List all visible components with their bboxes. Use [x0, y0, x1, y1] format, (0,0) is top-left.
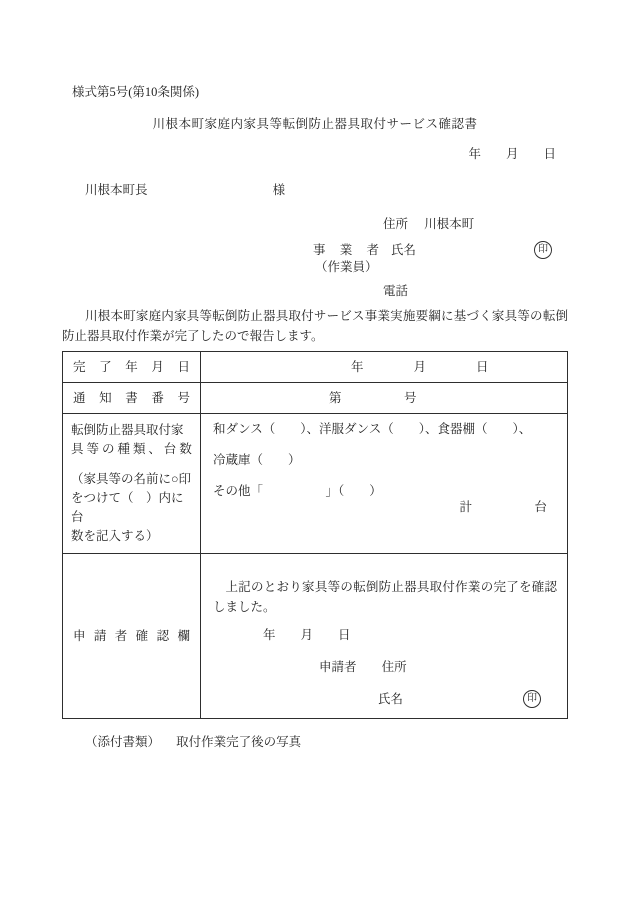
attachment-note-label: （添付書類） [85, 735, 160, 749]
contractor-name-label: 氏名 [391, 241, 416, 259]
completion-date-label: 完了年月日 [63, 357, 200, 377]
contractor-block: 住所 川根本町 事業者 氏名 印 （作業員） 電話 [62, 214, 568, 301]
confirmation-applicant-label: 申請者 [319, 660, 357, 674]
furniture-note-line3: 数を記入する） [71, 527, 192, 546]
applicant-confirmation-body-cell: 上記のとおり家具等の転倒防止器具取付作業の完了を確認しました。 年 月 日 申請… [201, 554, 568, 719]
furniture-label-cell: 転倒防止器具取付家 具等の種類、台数 （家具等の名前に○印 をつけて（ ）内に台… [63, 414, 201, 554]
completion-date-label-cell: 完了年月日 [63, 352, 201, 383]
document-title: 川根本町家庭内家具等転倒防止器具取付サービス確認書 [62, 114, 568, 134]
notice-number-label-cell: 通知書番号 [63, 383, 201, 414]
furniture-label-line1: 転倒防止器具取付家 [71, 421, 192, 440]
attachment-note-value: 取付作業完了後の写真 [176, 735, 301, 749]
contractor-role-label: 事業者 [313, 241, 379, 259]
document-page: 様式第5号(第10条関係) 川根本町家庭内家具等転倒防止器具取付サービス確認書 … [0, 0, 630, 915]
form-number: 様式第5号(第10条関係) [72, 82, 568, 102]
furniture-items-line2: 冷蔵庫（ ） [213, 451, 559, 470]
addressee-honorific: 様 [273, 183, 286, 197]
confirmation-address-label: 住所 [382, 660, 407, 674]
date-line: 年 月 日 [62, 144, 568, 164]
contractor-name-row: 事業者 氏名 印 [313, 241, 568, 259]
furniture-label-line2: 具等の種類、台数 [71, 440, 192, 459]
furniture-note-line2: をつけて（ ）内に台 [71, 489, 192, 527]
confirmation-statement: 上記のとおり家具等の転倒防止器具取付作業の完了を確認しました。 [213, 577, 557, 617]
completion-date-value-cell: 年 月 日 [201, 352, 568, 383]
applicant-confirmation-row: 申請者確認欄 上記のとおり家具等の転倒防止器具取付作業の完了を確認しました。 年… [63, 554, 568, 719]
contractor-address-label: 住所 [383, 217, 408, 231]
furniture-note-line1: （家具等の名前に○印 [71, 470, 192, 489]
attachment-note-line: （添付書類） 取付作業完了後の写真 [85, 732, 568, 752]
contractor-address-row: 住所 川根本町 [383, 214, 568, 234]
confirmation-name-label: 氏名 [378, 689, 403, 709]
confirmation-date-line: 年 月 日 [263, 625, 557, 645]
applicant-confirmation-label: 申請者確認欄 [63, 626, 200, 646]
applicant-seal-icon: 印 [523, 690, 541, 708]
notice-number-value: 第 号 [201, 388, 567, 408]
furniture-items-line1: 和ダンス（ ）、洋服ダンス（ ）、食器棚（ ）、 [213, 420, 559, 439]
contractor-role-sub-label: （作業員） [315, 259, 568, 275]
report-paragraph: 川根本町家庭内家具等転倒防止器具取付サービス事業実施要綱に基づく家具等の転倒防止… [62, 306, 568, 346]
contractor-phone-label: 電話 [383, 281, 568, 301]
furniture-row: 転倒防止器具取付家 具等の種類、台数 （家具等の名前に○印 をつけて（ ）内に台… [63, 414, 568, 554]
notice-number-label: 通知書番号 [63, 388, 200, 408]
contractor-address-value: 川根本町 [424, 217, 474, 231]
addressee-name: 川根本町長 [85, 183, 148, 197]
completion-date-value: 年 月 日 [201, 357, 567, 377]
contractor-seal-icon: 印 [534, 241, 552, 259]
completion-date-row: 完了年月日 年 月 日 [63, 352, 568, 383]
applicant-confirmation-label-cell: 申請者確認欄 [63, 554, 201, 719]
notice-number-row: 通知書番号 第 号 [63, 383, 568, 414]
addressee-line: 川根本町長 様 [85, 180, 568, 200]
notice-number-value-cell: 第 号 [201, 383, 568, 414]
furniture-items-cell: 和ダンス（ ）、洋服ダンス（ ）、食器棚（ ）、 冷蔵庫（ ） その他「 」（ … [201, 414, 568, 554]
report-table: 完了年月日 年 月 日 通知書番号 第 号 転倒防止器具取付家 具等の種類、台数 [62, 351, 568, 719]
